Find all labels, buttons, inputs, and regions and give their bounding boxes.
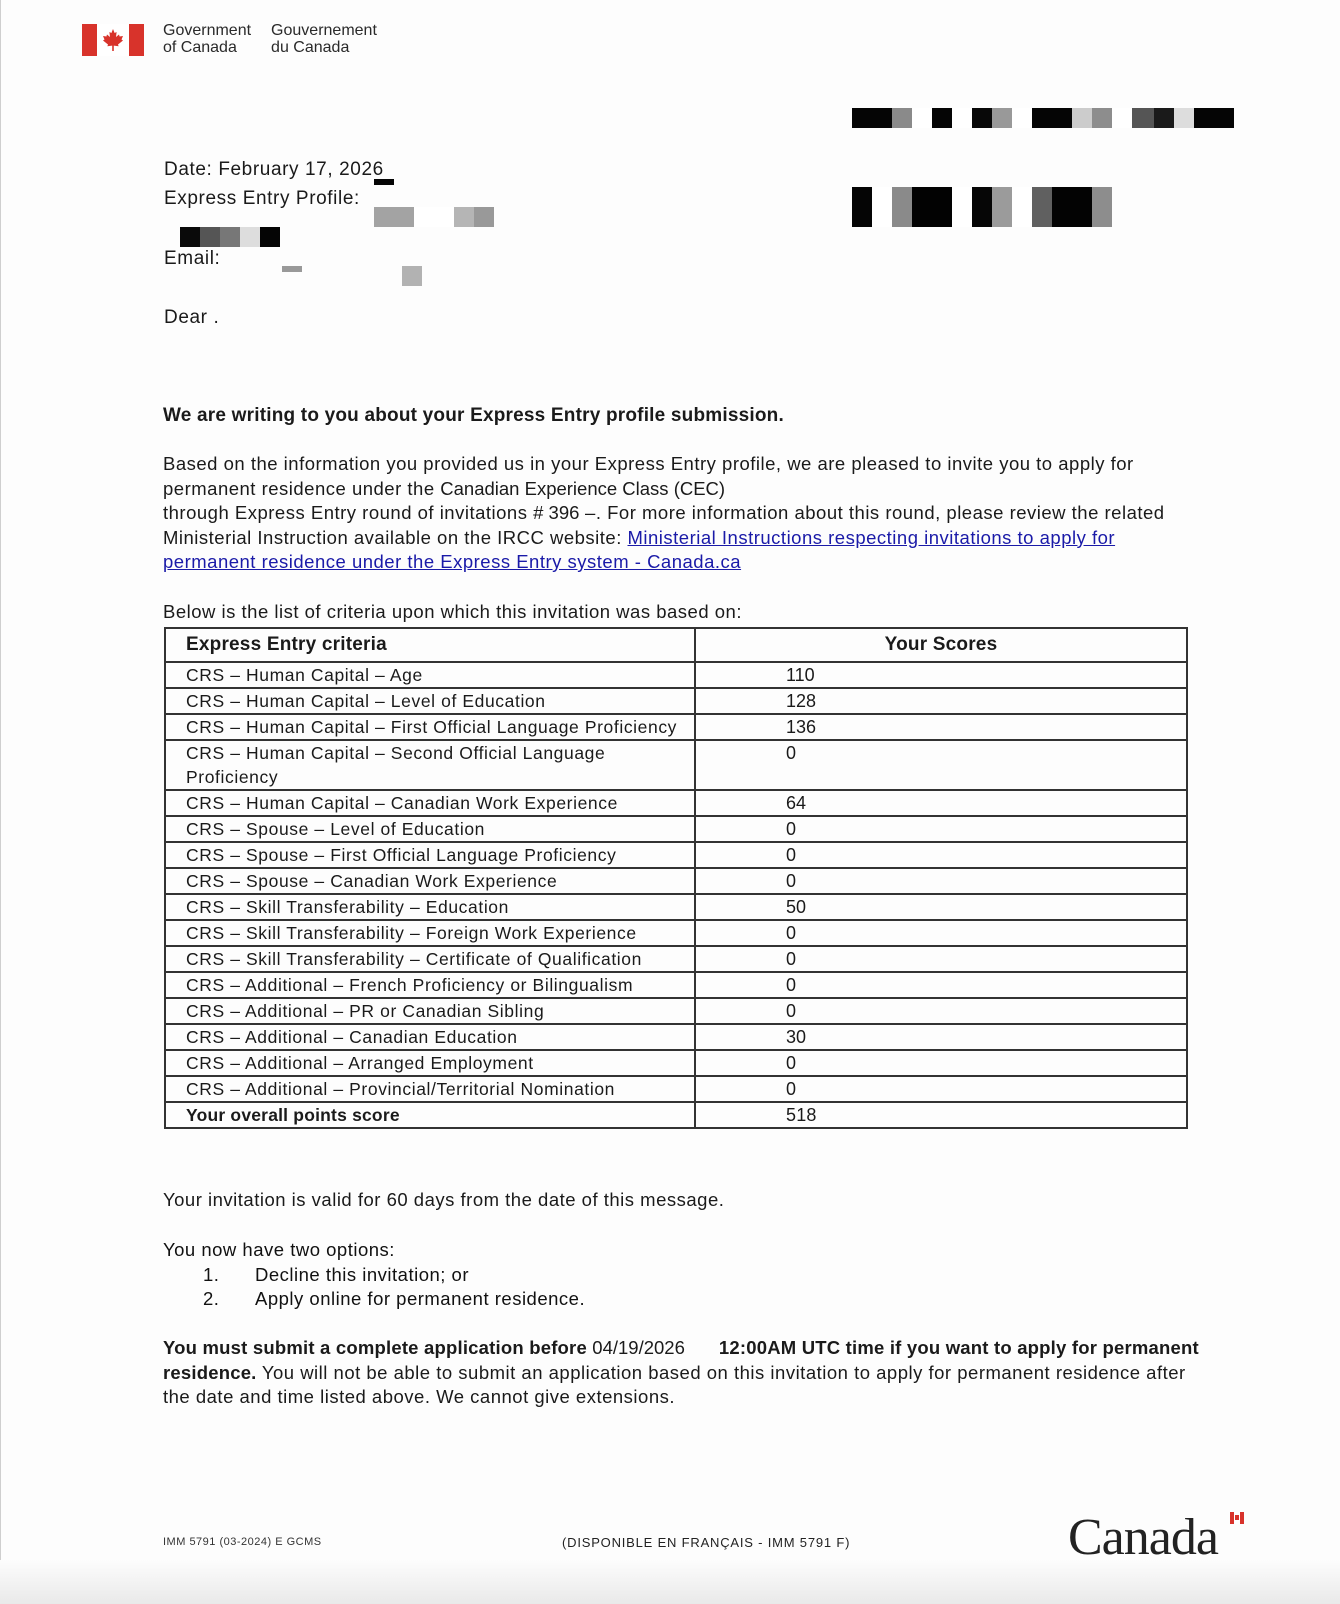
table-header-row: Express Entry criteria Your Scores xyxy=(165,628,1187,662)
option-text: Decline this invitation; or xyxy=(255,1263,469,1288)
score-cell: 0 xyxy=(695,1050,1187,1076)
option-number: 1. xyxy=(163,1263,255,1288)
program-name: Canadian Experience Class (CEC) xyxy=(440,478,725,499)
letter-date: Date: February 17, 2026 xyxy=(164,159,384,181)
criteria-scores-table: Express Entry criteria Your Scores CRS –… xyxy=(164,627,1188,1129)
table-row: CRS – Spouse – Canadian Work Experience0 xyxy=(165,868,1187,894)
redacted-email xyxy=(282,266,422,286)
options-section: You now have two options: 1.Decline this… xyxy=(163,1238,585,1312)
score-cell: 128 xyxy=(695,688,1187,714)
table-row: CRS – Additional – Provincial/Territoria… xyxy=(165,1076,1187,1102)
table-row: CRS – Human Capital – Canadian Work Expe… xyxy=(165,790,1187,816)
criteria-cell: CRS – Spouse – Canadian Work Experience xyxy=(165,868,695,894)
table-row: CRS – Human Capital – Second Official La… xyxy=(165,740,1187,790)
score-cell: 0 xyxy=(695,842,1187,868)
canada-wordmark: Canada xyxy=(1068,1508,1218,1567)
options-intro: You now have two options: xyxy=(163,1238,585,1263)
profile-label: Express Entry Profile: xyxy=(164,188,360,210)
criteria-cell: CRS – Human Capital – Second Official La… xyxy=(165,740,695,790)
score-cell: 0 xyxy=(695,740,1187,790)
validity-notice: Your invitation is valid for 60 days fro… xyxy=(163,1188,724,1213)
table-row: CRS – Spouse – First Official Language P… xyxy=(165,842,1187,868)
score-cell: 0 xyxy=(695,1076,1187,1102)
table-row: CRS – Human Capital – First Official Lan… xyxy=(165,714,1187,740)
criteria-cell: CRS – Additional – Arranged Employment xyxy=(165,1050,695,1076)
salutation: Dear . xyxy=(164,307,219,329)
page-edge xyxy=(0,0,1,1604)
score-cell: 0 xyxy=(695,998,1187,1024)
criteria-cell: CRS – Skill Transferability – Certificat… xyxy=(165,946,695,972)
canada-flag-icon xyxy=(82,24,144,56)
email-label: Email: xyxy=(164,248,220,270)
score-cell: 0 xyxy=(695,816,1187,842)
table-row: CRS – Additional – Canadian Education30 xyxy=(165,1024,1187,1050)
table-row: CRS – Human Capital – Age110 xyxy=(165,662,1187,688)
letter-heading: We are writing to you about your Express… xyxy=(163,404,784,429)
table-row: CRS – Additional – PR or Canadian Siblin… xyxy=(165,998,1187,1024)
criteria-intro: Below is the list of criteria upon which… xyxy=(163,600,742,625)
score-cell: 0 xyxy=(695,920,1187,946)
redacted-address-line2 xyxy=(852,187,1112,227)
table-row: CRS – Skill Transferability – Foreign Wo… xyxy=(165,920,1187,946)
criteria-cell: CRS – Human Capital – Age xyxy=(165,662,695,688)
criteria-cell: CRS – Additional – French Proficiency or… xyxy=(165,972,695,998)
option-text: Apply online for permanent residence. xyxy=(255,1287,585,1312)
table-row: CRS – Skill Transferability – Certificat… xyxy=(165,946,1187,972)
score-cell: 136 xyxy=(695,714,1187,740)
redacted-date-mark xyxy=(374,179,394,185)
deadline-date: 04/19/2026 xyxy=(592,1337,685,1358)
score-cell: 0 xyxy=(695,972,1187,998)
column-header-scores: Your Scores xyxy=(695,628,1187,662)
score-cell: 0 xyxy=(695,946,1187,972)
criteria-cell: CRS – Human Capital – First Official Lan… xyxy=(165,714,695,740)
options-list: 1.Decline this invitation; or2.Apply onl… xyxy=(163,1263,585,1312)
score-cell: 64 xyxy=(695,790,1187,816)
government-name-en: Government of Canada xyxy=(163,22,251,56)
total-score-row: Your overall points score 518 xyxy=(165,1102,1187,1128)
government-name-fr: Gouvernement du Canada xyxy=(271,22,377,56)
score-cell: 30 xyxy=(695,1024,1187,1050)
score-cell: 0 xyxy=(695,868,1187,894)
column-header-criteria: Express Entry criteria xyxy=(165,628,695,662)
table-row: CRS – Additional – French Proficiency or… xyxy=(165,972,1187,998)
option-number: 2. xyxy=(163,1287,255,1312)
criteria-cell: CRS – Skill Transferability – Education xyxy=(165,894,695,920)
redacted-address-line1 xyxy=(852,108,1234,128)
invitation-paragraph: Based on the information you provided us… xyxy=(163,452,1213,575)
criteria-cell: CRS – Spouse – First Official Language P… xyxy=(165,842,695,868)
round-number: # 396 xyxy=(533,502,579,523)
criteria-cell: CRS – Human Capital – Level of Education xyxy=(165,688,695,714)
redacted-profile-id xyxy=(180,227,280,247)
table-row: CRS – Human Capital – Level of Education… xyxy=(165,688,1187,714)
table-row: CRS – Additional – Arranged Employment0 xyxy=(165,1050,1187,1076)
redacted-profile-number xyxy=(374,207,494,227)
score-cell: 110 xyxy=(695,662,1187,688)
deadline-paragraph: You must submit a complete application b… xyxy=(163,1336,1213,1410)
french-availability-notice: (DISPONIBLE EN FRANÇAIS - IMM 5791 F) xyxy=(562,1535,850,1550)
criteria-cell: CRS – Additional – PR or Canadian Siblin… xyxy=(165,998,695,1024)
government-signature: Government of Canada Gouvernement du Can… xyxy=(82,22,377,56)
criteria-cell: CRS – Human Capital – Canadian Work Expe… xyxy=(165,790,695,816)
score-cell: 50 xyxy=(695,894,1187,920)
form-identifier: IMM 5791 (03-2024) E GCMS xyxy=(163,1536,322,1548)
criteria-cell: CRS – Skill Transferability – Foreign Wo… xyxy=(165,920,695,946)
total-label: Your overall points score xyxy=(165,1102,695,1128)
criteria-cell: CRS – Additional – Canadian Education xyxy=(165,1024,695,1050)
total-score: 518 xyxy=(695,1102,1187,1128)
criteria-cell: CRS – Additional – Provincial/Territoria… xyxy=(165,1076,695,1102)
criteria-cell: CRS – Spouse – Level of Education xyxy=(165,816,695,842)
option-item: 2.Apply online for permanent residence. xyxy=(163,1287,585,1312)
table-row: CRS – Skill Transferability – Education5… xyxy=(165,894,1187,920)
wordmark-flag-icon xyxy=(1230,1512,1244,1524)
table-row: CRS – Spouse – Level of Education0 xyxy=(165,816,1187,842)
option-item: 1.Decline this invitation; or xyxy=(163,1263,585,1288)
